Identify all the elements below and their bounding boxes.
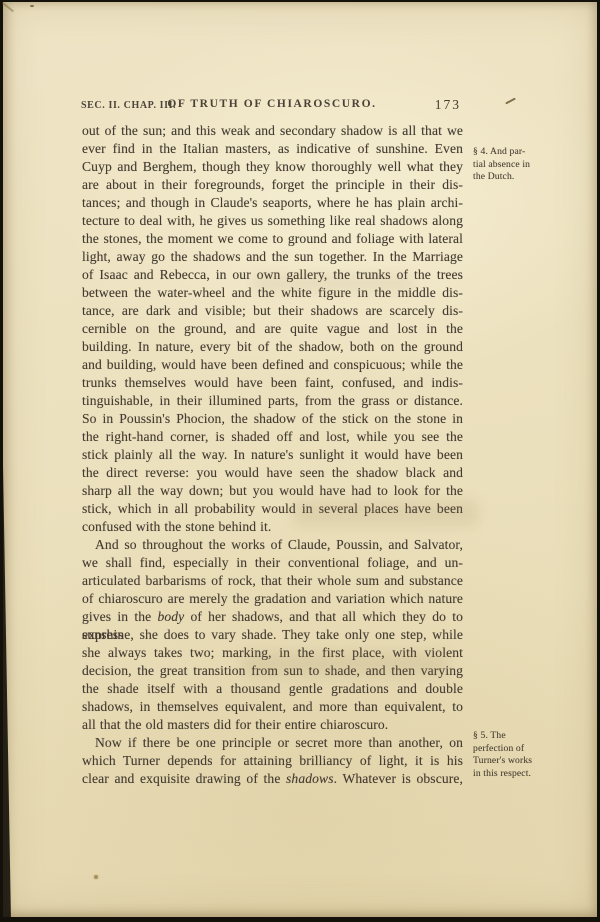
pen-mark [505,98,516,105]
body-text: out of the sun; and this weak and second… [82,122,463,788]
page-number: 173 [435,97,461,113]
page-showthrough-smudge [293,500,478,526]
text-line: the stones, the moment we come to ground… [82,230,463,248]
ink-speck [30,5,34,7]
margin-note-line: § 5. The [473,730,547,743]
text-line: shadows, in themselves equivalent, and m… [82,698,463,716]
running-header: SEC. II. CHAP. III. OF TRUTH OF CHIAROSC… [81,97,463,113]
text-line: and building, would have been defined an… [82,356,463,374]
text-line: tinguishable, in their illumined parts, … [82,392,463,410]
text-line: building. In nature, every bit of the sh… [82,338,463,356]
margin-note-line: perfection of [473,743,547,756]
scanned-book-page: SEC. II. CHAP. III. OF TRUTH OF CHIAROSC… [0,0,600,922]
text-line: tances; and though in Claude's seaports,… [82,194,463,212]
margin-note-line: in this respect. [473,768,547,781]
text-line: out of the sun; and this weak and second… [82,122,463,140]
text-line: we shall find, especially in their conve… [82,554,463,572]
text-line: clear and exquisite drawing of the shado… [82,770,463,788]
text-line: tance, are dark and visible; but their s… [82,302,463,320]
margin-note-line: the Dutch. [473,171,547,184]
text-line: all that the old masters did for their e… [82,716,463,734]
text-line: ever find in the Italian masters, as ind… [82,140,463,158]
page-paper: SEC. II. CHAP. III. OF TRUTH OF CHIAROSC… [3,2,597,917]
margin-note-section-4: § 4. And par-tial absence inthe Dutch. [473,146,547,184]
text-line: articulated barbarisms of rock, that the… [82,572,463,590]
page-title: OF TRUTH OF CHIAROSCURO. [81,98,463,110]
margin-note-line: § 4. And par- [473,146,547,159]
text-line: which Turner depends for attaining brill… [82,752,463,770]
text-line: the shade itself with a thousand gentle … [82,680,463,698]
text-line: light, away go the shadows and the sun t… [82,248,463,266]
text-line: sunshine, she does to vary shade. They t… [82,626,463,644]
text-line: the right-hand corner, is shaded off and… [82,428,463,446]
text-line: gives in the body of her shadows, and th… [82,608,463,626]
text-line: are about in their foregrounds, forget t… [82,176,463,194]
text-line: And so throughout the works of Claude, P… [82,536,463,554]
text-line: cernible on the ground, and are quite va… [82,320,463,338]
text-line: the direct reverse: you would have seen … [82,464,463,482]
page-showthrough-smudge [243,652,448,676]
text-line: trunks themselves would have been faint,… [82,374,463,392]
margin-note-line: tial absence in [473,159,547,172]
corner-mark [2,2,14,12]
text-line: So in Poussin's Phocion, the shadow of t… [82,410,463,428]
margin-note-line: Turner's works [473,755,547,768]
text-line: stick plainly all the way. In nature's s… [82,446,463,464]
text-line: Now if there be one principle or secret … [82,734,463,752]
margin-note-section-5: § 5. Theperfection ofTurner's worksin th… [473,730,547,780]
text-line: Cuyp and Berghem, though they know thoro… [82,158,463,176]
ink-speck [94,875,98,879]
text-line: of chiaroscuro are merely the gradation … [82,590,463,608]
text-line: sharp all the way down; but you would ha… [82,482,463,500]
page-showthrough-smudge [253,274,413,292]
text-line: tecture to deal with, he gives us someth… [82,212,463,230]
